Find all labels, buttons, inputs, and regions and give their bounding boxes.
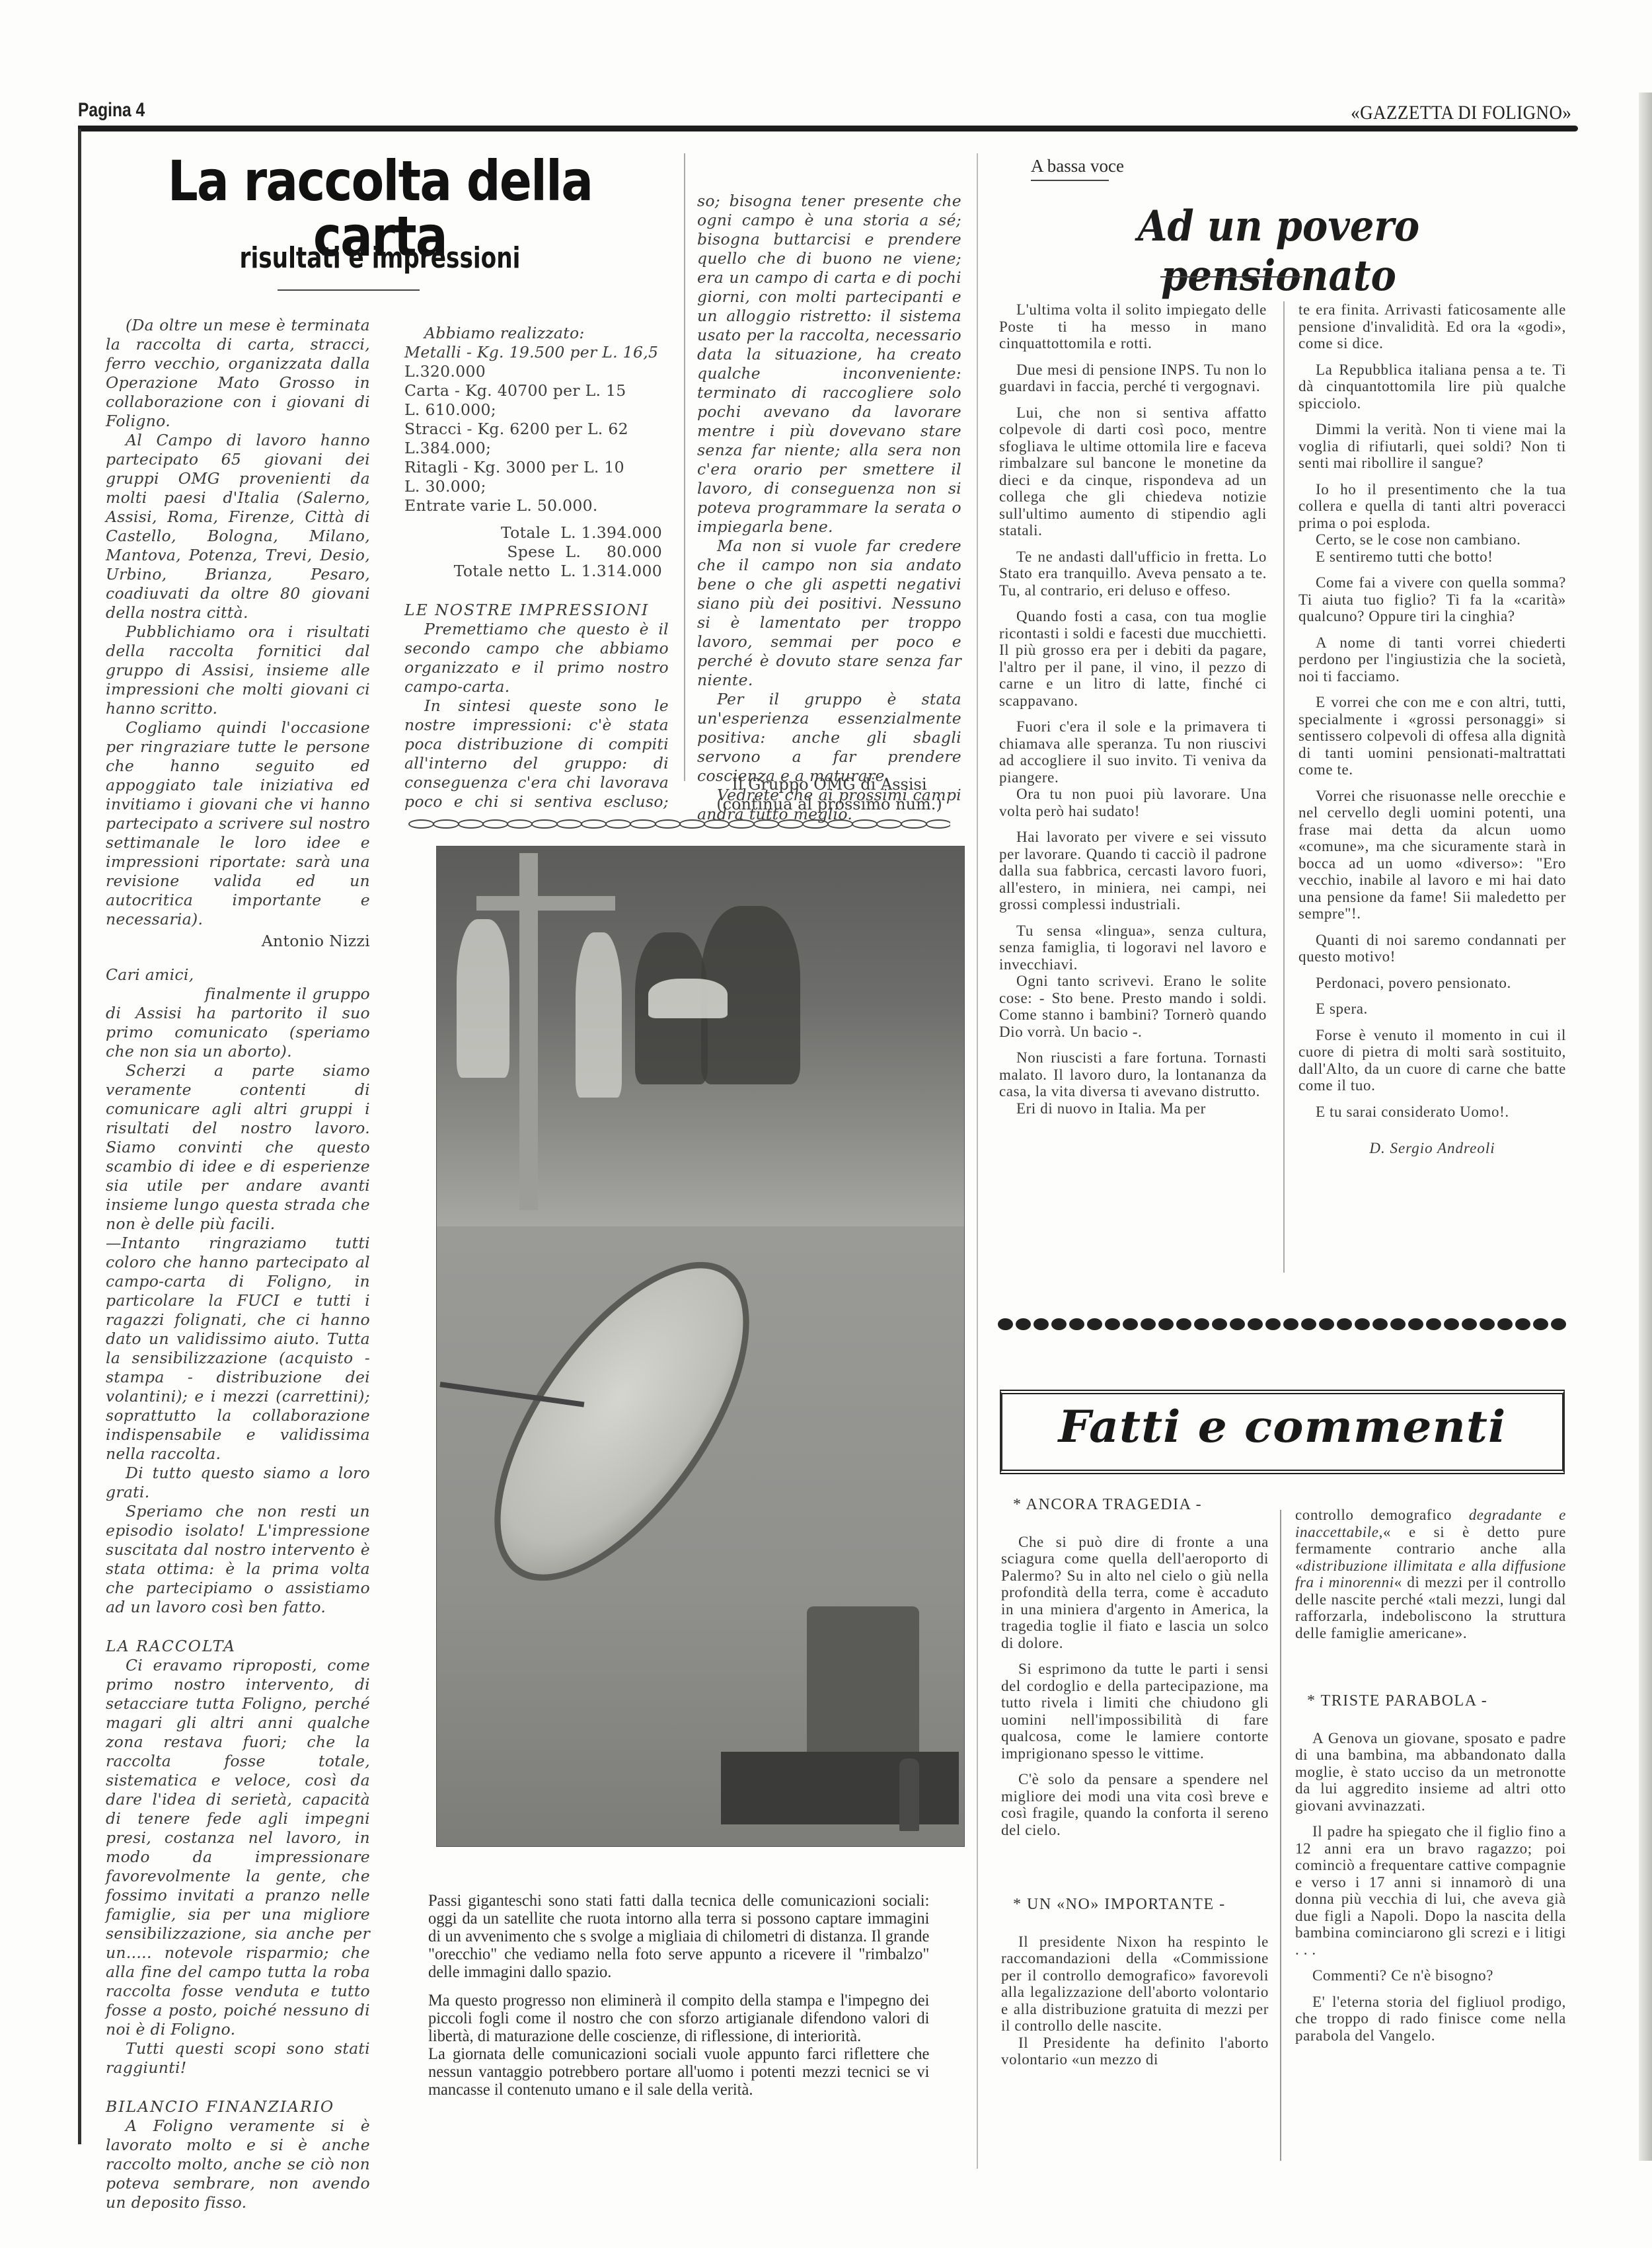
paragraph: Per il gruppo è stata un'esperienza esse… bbox=[697, 690, 961, 786]
paragraph: Dimmi la verità. Non ti viene mai la vog… bbox=[1298, 421, 1566, 472]
caption-paragraph: La giornata delle comunicazioni sociali … bbox=[428, 2044, 929, 2098]
paragraph: Tu sensa «lingua», senza cultura, senza … bbox=[999, 922, 1267, 973]
column-divider bbox=[1280, 1510, 1281, 2161]
photo-caption: Passi giganteschi sono stati fatti dalla… bbox=[428, 1891, 950, 2109]
newspaper-page: Pagina 4 «GAZZETTA DI FOLIGNO» La raccol… bbox=[0, 0, 1652, 2248]
section-banner-title: Fatti e commenti bbox=[989, 1401, 1576, 1452]
masthead: «GAZZETTA DI FOLIGNO» bbox=[1351, 102, 1571, 124]
signature: Antonio Nizzi bbox=[106, 932, 370, 951]
paragraph: Lui, che non si sentiva affatto colpevol… bbox=[999, 404, 1267, 539]
finance-table: Metalli - Kg. 19.500 per L. 16,5L.320.00… bbox=[404, 343, 669, 581]
paragraph: Come fai a vivere con quella somma? Ti a… bbox=[1298, 574, 1566, 625]
finance-row: Carta - Kg. 40700 per L. 15L. 610.000; bbox=[404, 381, 669, 420]
paragraph: Il presidente Nixon ha respinto le racco… bbox=[1001, 1933, 1269, 2035]
paragraph: Premettiamo che questo è il secondo camp… bbox=[404, 620, 669, 696]
finance-row: Metalli - Kg. 19.500 per L. 16,5L.320.00… bbox=[404, 343, 669, 381]
paragraph: Pubblichiamo ora i risultati della racco… bbox=[106, 622, 370, 718]
paragraph: Ora tu non puoi più lavorare. Una volta … bbox=[999, 786, 1267, 819]
paragraph: —Intanto ringraziamo tutti coloro che ha… bbox=[106, 1234, 370, 1464]
paragraph: Il Presidente ha definito l'aborto volon… bbox=[1001, 2035, 1269, 2068]
caption-paragraph: Ma questo progresso non eliminerà il com… bbox=[428, 1991, 929, 2044]
pensionato-column-1: L'ultima volta il solito impiegato delle… bbox=[999, 301, 1267, 1126]
paragraph: Certo, se le cose non cambiano. bbox=[1298, 531, 1566, 548]
dotted-ornament-rule bbox=[998, 1318, 1566, 1330]
paragraph: Al Campo di lavoro hanno partecipato 65 … bbox=[106, 431, 370, 622]
paragraph: L'ultima volta il solito impiegato delle… bbox=[999, 301, 1267, 352]
paragraph: Io ho il presentimento che la tua coller… bbox=[1298, 481, 1566, 532]
fatti-column-2: controllo demografico degradante e inacc… bbox=[1295, 1507, 1566, 2053]
paragraph: Cogliamo quindi l'occasione per ringrazi… bbox=[106, 718, 370, 929]
pensionato-column-2: te era finita. Arrivasti faticosamente a… bbox=[1298, 301, 1566, 1166]
finance-total: Totale L. 1.394.000 bbox=[404, 523, 669, 543]
person-figure bbox=[899, 1758, 919, 1831]
paragraph: La Repubblica italiana pensa a te. Ti dà… bbox=[1298, 361, 1566, 412]
paragraph: Hai lavorato per vivere e sei vissuto pe… bbox=[999, 829, 1267, 913]
paragraph: Ma non si vuole far credere che il campo… bbox=[697, 537, 961, 690]
paragraph: A Genova un giovane, sposato e padre di … bbox=[1295, 1730, 1566, 1815]
paragraph: Quanti di noi saremo condannati per ques… bbox=[1298, 932, 1566, 965]
section-heading: LA RACCOLTA bbox=[106, 1637, 370, 1656]
paragraph: Ci eravamo riproposti, come primo nostro… bbox=[106, 1656, 370, 2039]
salutation: Cari amici, bbox=[106, 965, 370, 985]
article-column-2: Abbiamo realizzato: Metalli - Kg. 19.500… bbox=[404, 324, 669, 811]
column-divider bbox=[1283, 301, 1285, 1273]
paragraph: Di tutto questo siamo a loro grati. bbox=[106, 1464, 370, 1502]
paragraph: E spera. bbox=[1298, 1000, 1566, 1018]
article-column-1: (Da oltre un mese è terminata la raccolt… bbox=[106, 316, 370, 2212]
page-number: Pagina 4 bbox=[78, 99, 145, 122]
paragraph-continued: so; bisogna tener presente che ogni camp… bbox=[697, 153, 961, 537]
paragraph: Si esprimono da tutte le parti i sensi d… bbox=[1001, 1661, 1269, 1762]
news-item-heading: * TRISTE PARABOLA - bbox=[1295, 1693, 1566, 1710]
paragraph: te era finita. Arrivasti faticosamente a… bbox=[1298, 301, 1566, 352]
finance-row: Ritagli - Kg. 3000 per L. 10L. 30.000; bbox=[404, 458, 669, 496]
finance-net-total: Totale netto L. 1.314.000 bbox=[404, 562, 669, 581]
page-edge-shadow bbox=[1639, 93, 1652, 2161]
column-divider bbox=[684, 153, 685, 781]
paragraph: Forse è venuto il momento in cui il cuor… bbox=[1298, 1027, 1566, 1094]
article-column-3: so; bisogna tener presente che ogni camp… bbox=[697, 153, 961, 824]
subtitle-rule bbox=[278, 289, 420, 291]
news-item-heading: * UN «NO» IMPORTANTE - bbox=[1001, 1896, 1269, 1914]
paragraph: In sintesi queste sono le nostre impress… bbox=[404, 696, 669, 811]
news-item-heading: * ANCORA TRAGEDIA - bbox=[1001, 1497, 1269, 1514]
group-signature: Il Gruppo OMG di Assisi (continua al pro… bbox=[697, 774, 961, 814]
title-rule bbox=[1160, 276, 1302, 278]
paragraph: Perdonaci, povero pensionato. bbox=[1298, 975, 1566, 992]
paragraph: Eri di nuovo in Italia. Ma per bbox=[999, 1100, 1267, 1117]
paragraph-continued: controllo demografico degradante e inacc… bbox=[1295, 1507, 1566, 1641]
paragraph: Te ne andasti dall'ufficio in fretta. Lo… bbox=[999, 548, 1267, 599]
section-heading: LE NOSTRE IMPRESSIONI bbox=[404, 601, 669, 620]
finance-intro: Abbiamo realizzato: bbox=[404, 324, 669, 343]
caption-paragraph: Passi giganteschi sono stati fatti dalla… bbox=[428, 1891, 929, 1980]
column-divider bbox=[977, 153, 978, 2169]
finance-expenses: Spese L. 80.000 bbox=[404, 543, 669, 562]
paragraph: A nome di tanti vorrei chiederti perdono… bbox=[1298, 634, 1566, 685]
paragraph: Commenti? Ce n'è bisogno? bbox=[1295, 1967, 1566, 1984]
article-subtitle: risultati e impressioni bbox=[153, 241, 607, 275]
header-rule bbox=[78, 126, 1578, 131]
paragraph: Fuori c'era il sole e la primavera ti ch… bbox=[999, 718, 1267, 786]
paragraph: Tutti questi scopi sono stati raggiunti! bbox=[106, 2039, 370, 2078]
section-kicker: A bassa voce bbox=[1031, 156, 1124, 176]
section-banner: Fatti e commenti bbox=[1000, 1390, 1565, 1474]
paragraph: A Foligno veramente si è lavorato molto … bbox=[106, 2117, 370, 2212]
paragraph: Scherzi a parte siamo veramente contenti… bbox=[106, 1061, 370, 1234]
print-shop-painting bbox=[437, 846, 964, 1226]
photo-collage bbox=[436, 846, 965, 1847]
paragraph: Ogni tanto scrivevi. Erano le solite cos… bbox=[999, 973, 1267, 1040]
author-byline: D. Sergio Andreoli bbox=[1298, 1140, 1566, 1157]
paragraph: Due mesi di pensione INPS. Tu non lo gua… bbox=[999, 361, 1267, 395]
paragraph: E vorrei che con me e con altri, tutti, … bbox=[1298, 694, 1566, 778]
paragraph: E tu sarai considerato Uomo!. bbox=[1298, 1104, 1566, 1121]
finance-row: Entrate varie L. 50.000. bbox=[404, 496, 669, 515]
kicker-rule bbox=[1031, 180, 1109, 181]
paragraph: Non riuscisti a fare fortuna. Tornasti m… bbox=[999, 1049, 1267, 1100]
fatti-column-1: * ANCORA TRAGEDIA - Che si può dire di f… bbox=[1001, 1497, 1269, 2078]
paragraph: Vorrei che risuonasse nelle orecchie e n… bbox=[1298, 788, 1566, 922]
paragraph: finalmente il gruppo di Assisi ha partor… bbox=[106, 985, 370, 1061]
left-border-rule bbox=[78, 129, 81, 2144]
article-title: Ad un povero pensionato bbox=[1014, 202, 1544, 301]
paragraph: Speriamo che non resti un episodio isola… bbox=[106, 1502, 370, 1617]
finance-row: Stracci - Kg. 6200 per L. 62L.384.000; bbox=[404, 420, 669, 458]
paragraph: Il padre ha spiegato che il figlio fino … bbox=[1295, 1823, 1566, 1958]
paragraph: Quando fosti a casa, con tua moglie rico… bbox=[999, 608, 1267, 709]
paragraph: (Da oltre un mese è terminata la raccolt… bbox=[106, 316, 370, 431]
paragraph: Che si può dire di fronte a una sciagura… bbox=[1001, 1534, 1269, 1652]
paragraph: C'è solo da pensare a spendere nel migli… bbox=[1001, 1771, 1269, 1838]
paragraph: E sentiremo tutti che botto! bbox=[1298, 548, 1566, 566]
continued-note: (continua al prossimo num.) bbox=[697, 794, 961, 814]
chain-ornament-rule bbox=[408, 819, 950, 829]
section-heading: BILANCIO FINANZIARIO bbox=[106, 2097, 370, 2117]
paragraph: E' l'eterna storia del figliuol prodigo,… bbox=[1295, 1994, 1566, 2044]
